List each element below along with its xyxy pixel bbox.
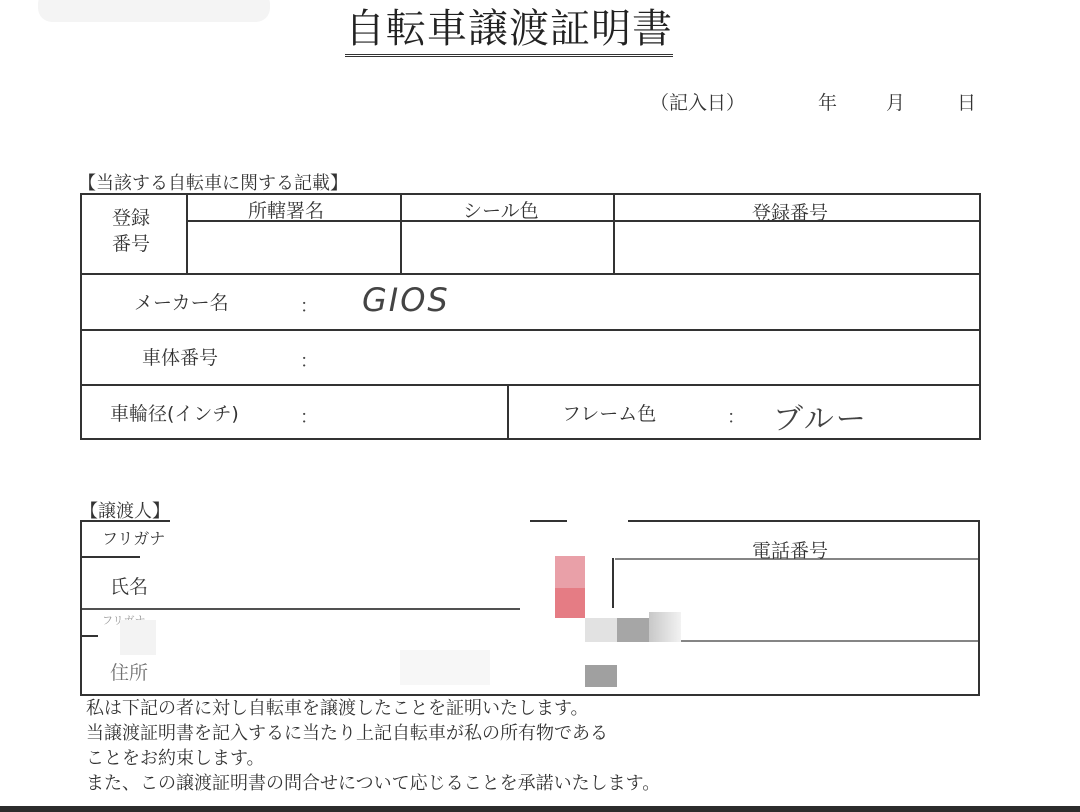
bottom-edge xyxy=(0,806,1080,812)
wheel-size-field[interactable] xyxy=(330,388,500,436)
divider xyxy=(507,384,509,440)
bicycle-section-heading: 【当該する自転車に関する記載】 xyxy=(78,169,348,195)
registration-label-line1: 登録 xyxy=(112,205,150,231)
statement-line: ことをお約束します。 xyxy=(86,747,265,771)
phone-redacted-field xyxy=(616,562,976,692)
frame-color-colon: ： xyxy=(727,403,745,429)
column-header-seal-color: シール色 xyxy=(463,196,539,223)
date-year: 年 xyxy=(818,88,837,115)
wheel-size-colon: ： xyxy=(300,403,318,429)
redaction-block xyxy=(555,556,585,590)
date-day: 日 xyxy=(957,88,976,115)
police-station-field[interactable] xyxy=(188,222,399,272)
date-month: 月 xyxy=(886,88,905,115)
divider xyxy=(80,635,98,637)
statement-line: また、この譲渡証明書の問合せについて応じることを承諾いたします。 xyxy=(86,772,660,796)
maker-label: メーカー名 xyxy=(134,288,229,315)
registration-number-field[interactable] xyxy=(615,222,979,272)
maker-colon: ： xyxy=(300,292,318,318)
wheel-size-label: 車輪径(インチ) xyxy=(110,399,239,426)
divider xyxy=(628,520,980,522)
frame-number-label: 車体番号 xyxy=(142,343,218,370)
registration-row-label: 登録 番号 xyxy=(112,205,150,257)
column-header-police-station: 所轄署名 xyxy=(248,196,324,223)
transferor-redacted-fields xyxy=(120,528,540,688)
divider xyxy=(530,520,567,522)
frame-number-field[interactable] xyxy=(330,333,970,381)
column-header-registration-number: 登録番号 xyxy=(752,198,828,225)
divider xyxy=(80,273,981,275)
divider xyxy=(80,384,981,386)
divider xyxy=(612,558,614,608)
statement-line: 当譲渡証明書を記入するに当たり上記自転車が私の所有物である xyxy=(86,722,608,746)
frame-color-value[interactable]: ブルー xyxy=(773,394,868,438)
phone-label: 電話番号 xyxy=(752,536,828,563)
divider xyxy=(978,520,980,696)
frame-color-label: フレーム色 xyxy=(562,399,656,426)
seal-color-field[interactable] xyxy=(402,222,612,272)
registration-label-line2: 番号 xyxy=(112,231,150,257)
divider xyxy=(80,520,170,522)
redaction-block xyxy=(555,588,585,618)
top-left-overlay xyxy=(38,0,270,22)
divider xyxy=(80,329,981,331)
date-label: （記入日） xyxy=(650,88,745,115)
frame-number-colon: ： xyxy=(300,347,318,373)
redaction-block xyxy=(585,618,617,642)
document-title: 自転車譲渡証明書 xyxy=(345,6,673,57)
maker-value[interactable]: GIOS xyxy=(362,281,450,319)
redaction-block xyxy=(585,665,617,687)
statement-line: 私は下記の者に対し自転車を譲渡したことを証明いたします。 xyxy=(86,697,589,721)
divider xyxy=(80,694,980,696)
